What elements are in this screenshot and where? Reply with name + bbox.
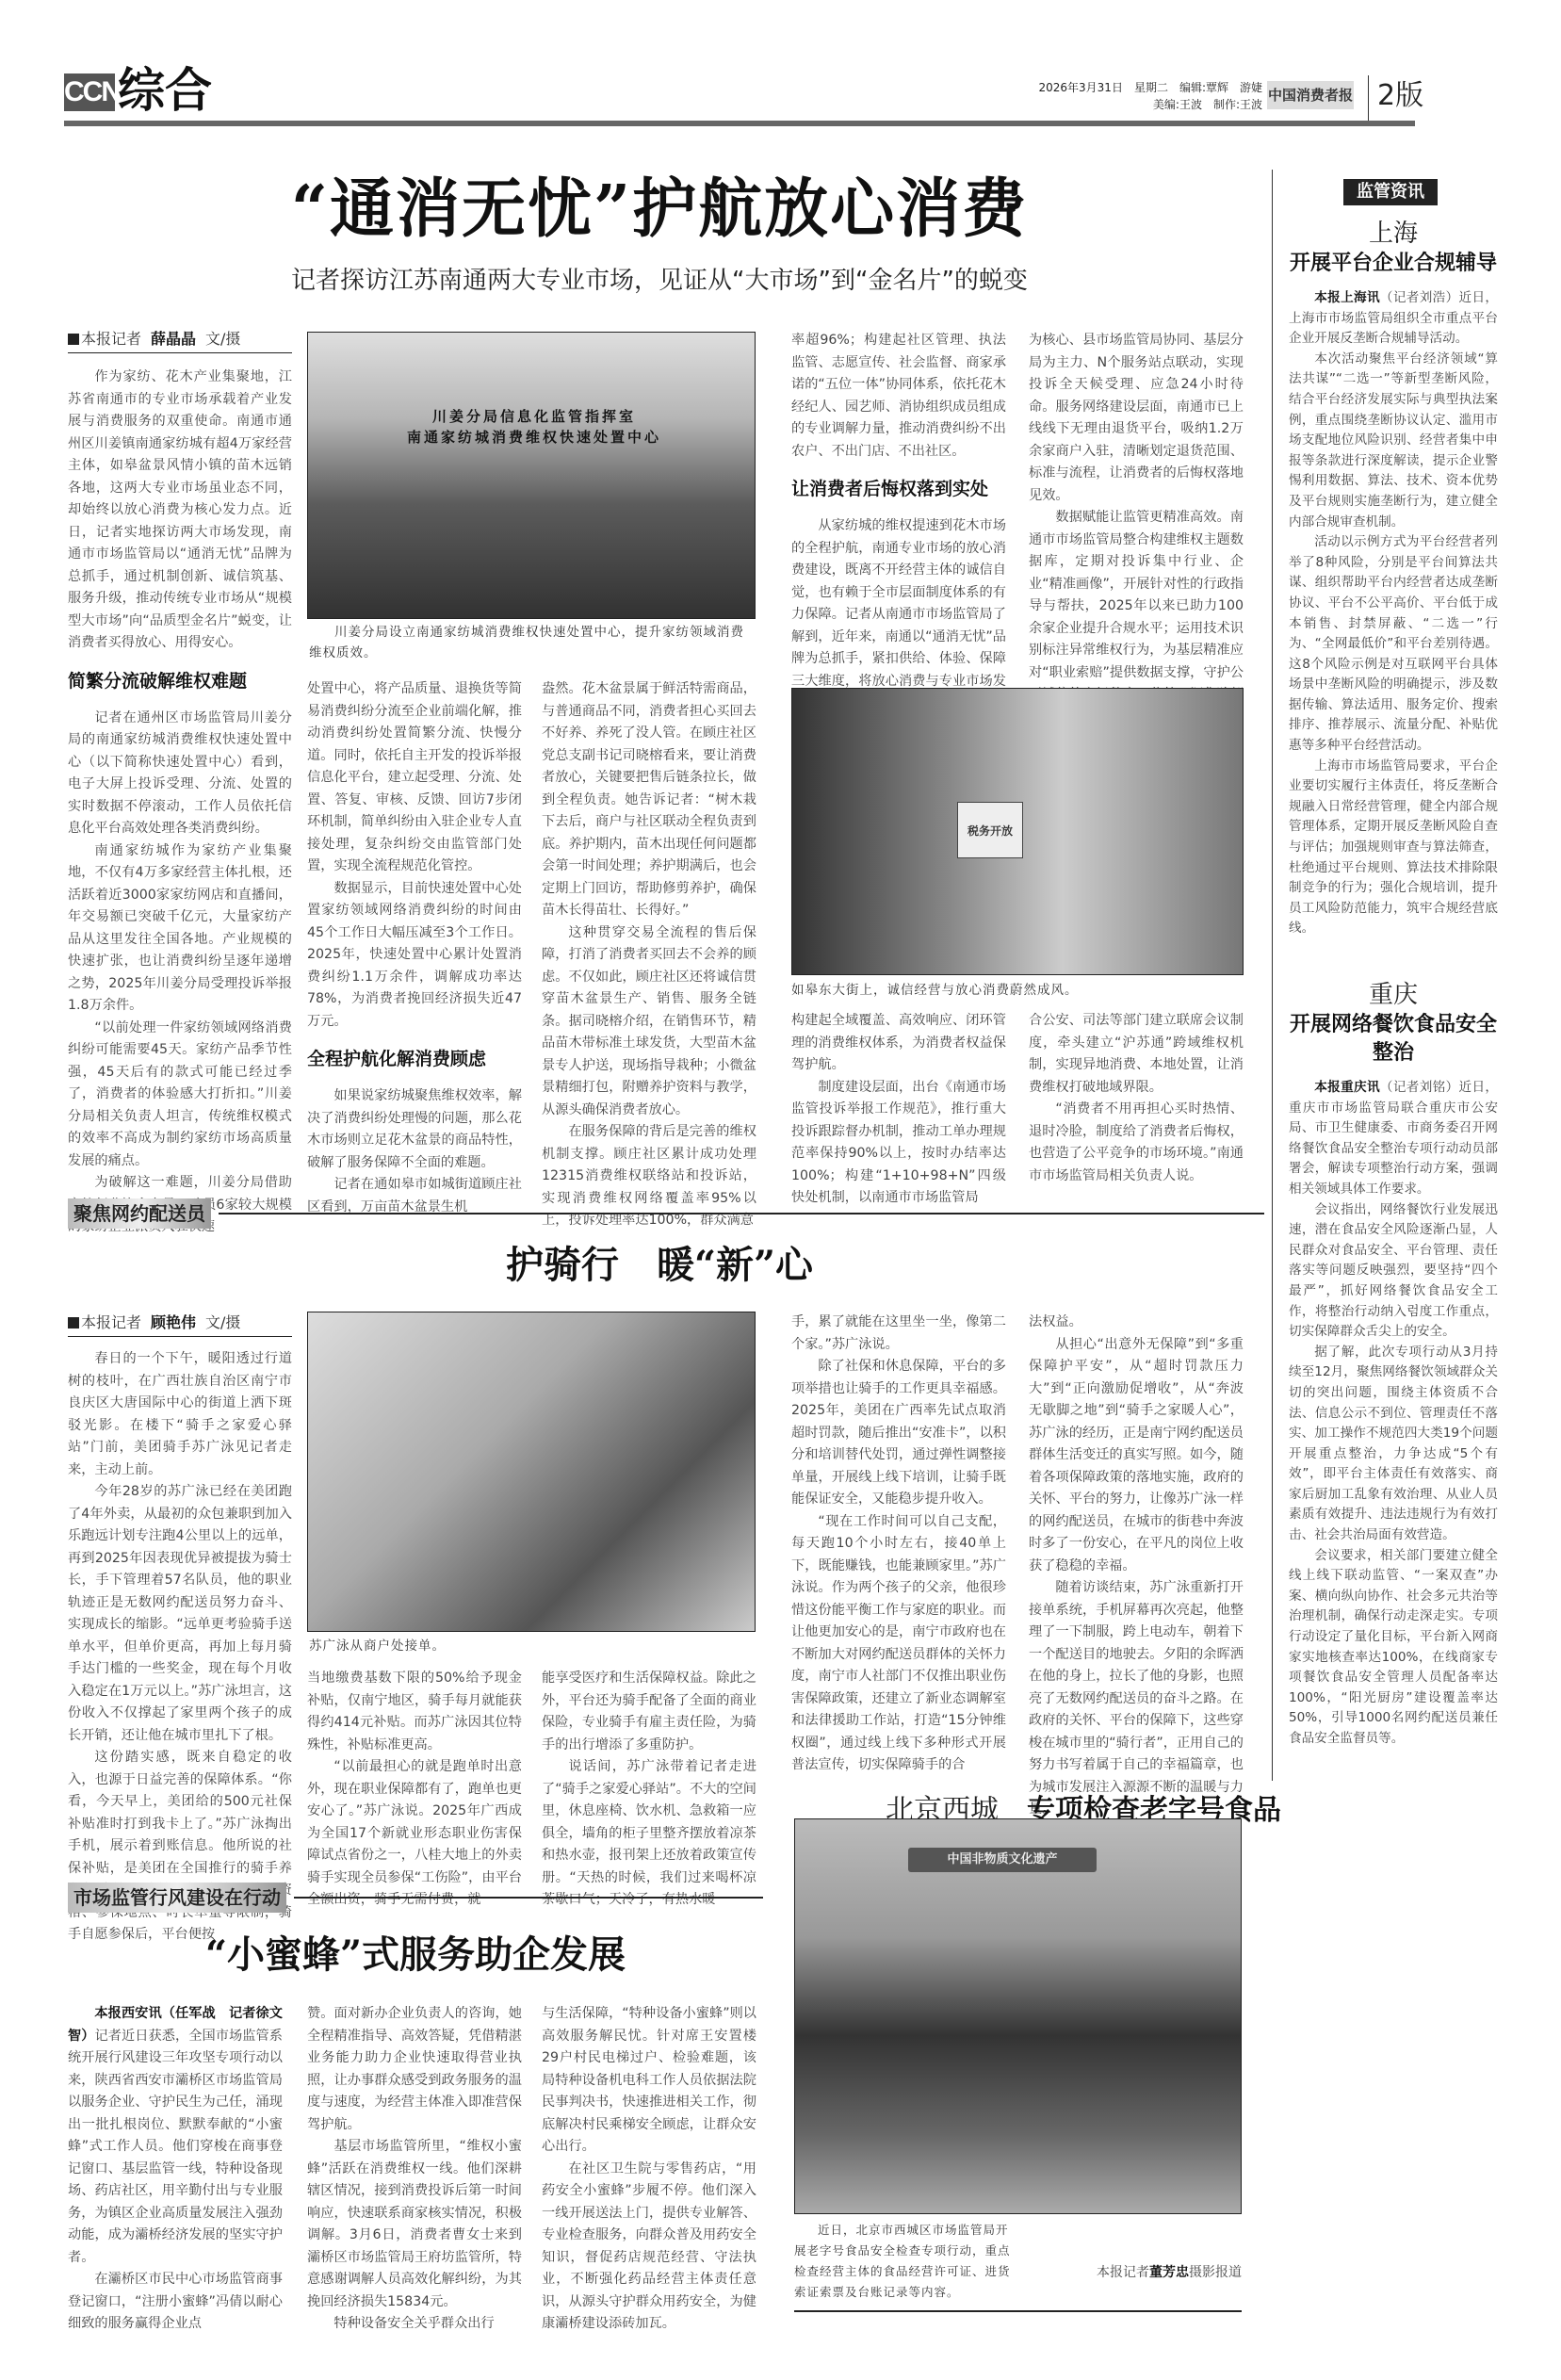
paragraph: 构建起全域覆盖、高效响应、闭环管理的消费维权体系，为消费者权益保驾护航。 (791, 1010, 1006, 1077)
photo-sign-line: 川姜分局信息化监管指挥室 (374, 406, 694, 427)
paragraph: 能享受医疗和生活保障权益。除此之外，平台还为骑手配备了全面的商业保险，专业骑手有… (542, 1668, 756, 1756)
section-tag: 聚焦网约配送员 (68, 1198, 211, 1229)
rail-divider (1272, 170, 1273, 1781)
paragraph: 会议指出，网络餐饮行业发展迅速，潜在食品安全风险逐渐凸显，人民群众对食品安全、平… (1289, 1200, 1498, 1343)
paragraph: 与生活保障，“特种设备小蜜蜂”则以高效服务解民忧。针对席王安置楼29户村民电梯过… (542, 2003, 756, 2159)
paragraph: 当地缴费基数下限的50%给予现金补贴，仅南宁地区，骑手每月就能获得约414元补贴… (307, 1668, 522, 1756)
story2-photo-rider (307, 1312, 756, 1632)
story1-column-4-bottom: 构建起全域覆盖、高效响应、闭环管理的消费维权体系，为消费者权益保驾护航。 制度建… (791, 1010, 1006, 1210)
paragraph: “消费者不用再担心买时热情、退时冷脸，制度给了消费者后悔权，也营造了公平竞争的市… (1029, 1099, 1244, 1187)
paragraph: 处置中心，将产品质量、退换货等简易消费纠纷分流至企业前端化解，推动消费纠纷处置简… (307, 678, 522, 878)
story1-column-2: 处置中心，将产品质量、退换货等简易消费纠纷分流至企业前端化解，推动消费纠纷处置简… (307, 678, 522, 1218)
paragraph: 春日的一个下午，暖阳透过行道树的枝叶，在广西壮族自治区南宁市良庆区大唐国际中心的… (68, 1348, 292, 1481)
paragraph: 记者在通州区市场监管局川姜分局的南通家纺城消费维权快速处置中心（以下简称快速处置… (68, 708, 292, 840)
rail-headline: 开展网络餐饮食品安全整治 (1289, 1010, 1498, 1067)
page-number: 2版 (1377, 77, 1423, 115)
story1-photo1-caption: 川姜分局设立南通家纺城消费维权快速处置中心，提升家纺领域消费维权质效。 (309, 622, 756, 663)
rail-item-chongqing: 重庆 开展网络餐饮食品安全整治 本报重庆讯（记者刘铭）近日，重庆市市场监管局联合… (1289, 980, 1498, 1750)
masthead-divider (1368, 75, 1369, 121)
section-rule (219, 1213, 1264, 1214)
paragraph: 本报西安讯（任军战 记者徐文智）记者近日获悉，全国市场监管系统开展行风建设三年攻… (68, 2003, 283, 2269)
story3-column-3: 与生活保障，“特种设备小蜜蜂”则以高效服务解民忧。针对席王安置楼29户村民电梯过… (542, 2003, 756, 2336)
paragraph: 法权益。 (1029, 1312, 1244, 1334)
paragraph: 制度建设层面，出台《南通市场监管投诉举报工作规范》，推行重大投诉跟踪督办机制，推… (791, 1077, 1006, 1210)
story1-photo-command-center: 川姜分局信息化监管指挥室 南通家纺城消费维权快速处置中心 (307, 332, 756, 619)
paragraph: 数据显示，目前快速处置中心处置家纺领域网络消费纠纷的时间由45个工作日大幅压减至… (307, 878, 522, 1034)
subhead: 简繁分流破解维权难题 (68, 668, 292, 694)
section-logo: CCN (64, 73, 115, 111)
paragraph: 从担心“出意外无保障”到“多重保障护平安”，从“超时罚款压力大”到“正向激励促增… (1029, 1334, 1244, 1578)
paragraph: 为核心、县市场监管局协同、基层分局为主力、N个服务站点联动，实现投诉全天候受理、… (1029, 330, 1244, 507)
story2-column-4: 手，累了就能在这里坐一坐，像第二个家。”苏广泳说。 除了社保和休息保障，平台的多… (791, 1312, 1006, 1777)
paragraph: 合公安、司法等部门建立联席会议制度，牵头建立“沪苏通”跨域维权机制，实现异地消费… (1029, 1010, 1244, 1099)
section-tag: 市场监管行风建设在行动 (68, 1883, 286, 1913)
story2-column-3: 能享受医疗和生活保障权益。除此之外，平台还为骑手配备了全面的商业保险，专业骑手有… (542, 1668, 756, 1912)
story1-byline: 本报记者薛晶晶文/摄 (68, 328, 292, 353)
story4-credit: 本报记者董芳忠摄影报道 (1027, 2263, 1242, 2282)
story2-headline: 护骑行 暖“新”心 (283, 1242, 1036, 1289)
story2-section-banner: 聚焦网约配送员 (68, 1198, 1264, 1229)
paragraph: 赞。面对新办企业负责人的咨询，她全程精准指导、高效答疑，凭借精湛业务能力助力企业… (307, 2003, 522, 2136)
paragraph: 率超96%；构建起社区管理、执法监管、志愿宣传、社会监督、商家承诺的“五位一体”… (791, 330, 1006, 463)
paragraph: 会议要求，相关部门要建立健全线上线下联动监管、“一案双查”办案、横向纵向协作、社… (1289, 1546, 1498, 1750)
story1-subheadline: 记者探访江苏南通两大专业市场，见证从“大市场”到“金名片”的蜕变 (226, 264, 1093, 298)
paragraph: 随着访谈结束，苏广泳重新打开接单系统，手机屏幕再次亮起，他整理了一下制服，跨上电… (1029, 1577, 1244, 1821)
rail-headline: 开展平台企业合规辅导 (1289, 249, 1498, 277)
paragraph: 上海市市场监管局要求，平台企业要切实履行主体责任，将反垄断合规融入日常经营管理，… (1289, 757, 1498, 939)
paragraph: 据了解，此次专项行动从3月持续至12月，聚焦网络餐饮领域群众关切的突出问题，围绕… (1289, 1343, 1498, 1546)
story2-byline: 本报记者顾艳伟文/摄 (68, 1312, 292, 1337)
rail-city: 上海 (1289, 219, 1498, 249)
byline-square-icon (68, 334, 79, 345)
story1-photo2-caption: 如皋东大街上，诚信经营与放心消费蔚然成风。 (791, 980, 1244, 1001)
story3-column-2: 赞。面对新办企业负责人的咨询，她全程精准指导、高效答疑，凭借精湛业务能力助力企业… (307, 2003, 522, 2336)
story4-caption: 近日，北京市西城区市场监管局开展老字号食品安全检查专项行动，重点检查经营主体的食… (794, 2220, 1011, 2303)
paragraph: 基层市场监管所里，“维权小蜜蜂”活跃在消费维权一线。他们深耕辖区情况，接到消费投… (307, 2136, 522, 2313)
story1-headline: “通消无忧”护航放心消费 (254, 170, 1065, 249)
story4-photo-inspection: 中国非物质文化遗产 (794, 1818, 1242, 2214)
paragraph: 今年28岁的苏广泳已经在美团跑了4年外卖，从最初的众包兼职到加入乐跑远计划专注跑… (68, 1481, 292, 1747)
paragraph: 本次活动聚焦平台经济领域“算法共谋”“二选一”等新型垄断风险，结合平台经济发展实… (1289, 350, 1498, 532)
story1-photo-street: 税务开放 (791, 688, 1244, 975)
paragraph: 在灞桥区市民中心市场监管商事登记窗口，“注册小蜜蜂”冯倩以耐心细致的服务赢得企业… (68, 2269, 283, 2336)
story4-bottom-rule (794, 2310, 1242, 2312)
paragraph: 南通家纺城作为家纺产业集聚地，不仅有4万多家经营主体扎根，还活跃着近3000家家… (68, 840, 292, 1018)
byline-square-icon (68, 1317, 79, 1329)
paragraph: “以前处理一件家纺领域网络消费纠纷可能需要45天。家纺产品季节性强，45天后有的… (68, 1018, 292, 1173)
staff-line: 美编:王波 制作:王波 (970, 96, 1262, 113)
paragraph: 特种设备安全关乎群众出行 (307, 2313, 522, 2336)
story3-headline: “小蜜蜂”式服务助企发展 (68, 1932, 763, 1979)
photo-shop-sign: 税务开放 (957, 802, 1023, 858)
paragraph: 手，累了就能在这里坐一坐，像第二个家。”苏广泳说。 (791, 1312, 1006, 1356)
story1-column-1: 本报记者薛晶晶文/摄 作为家纺、花木产业集聚地，江苏省南通市的专业市场承载着产业… (68, 328, 292, 1239)
rail-city: 重庆 (1289, 980, 1498, 1010)
paragraph: “现在工作时间可以自己支配，每天跑10个小时左右，接40单上下，既能赚钱，也能兼… (791, 1511, 1006, 1777)
paragraph: 本报上海讯（记者刘浩）近日，上海市市场监管局组织全市重点平台企业开展反垄断合规辅… (1289, 288, 1498, 350)
story2-column-5: 法权益。 从担心“出意外无保障”到“多重保障护平安”，从“超时罚款压力大”到“正… (1029, 1312, 1244, 1821)
story1-column-4-top: 率超96%；构建起社区管理、执法监管、志愿宣传、社会监督、商家承诺的“五位一体”… (791, 330, 1006, 715)
section-title: 综合 (118, 64, 212, 117)
paragraph: 作为家纺、花木产业集聚地，江苏省南通市的专业市场承载着产业发展与消费服务的双重使… (68, 367, 292, 655)
paragraph: 除了社保和休息保障，平台的多项举措也让骑手的工作更具幸福感。2025年，美团在广… (791, 1356, 1006, 1511)
rail-section-tag: 监管资讯 (1343, 179, 1438, 205)
date-line: 2026年3月31日 星期二 编辑:覃辉 游婕 (970, 79, 1262, 96)
story3-column-1: 本报西安讯（任军战 记者徐文智）记者近日获悉，全国市场监管系统开展行风建设三年攻… (68, 2003, 283, 2336)
paragraph: 活动以示例方式为平台经营者列举了8种风险，分别是平台间算法共谋、组织帮助平台内经… (1289, 532, 1498, 757)
paragraph: 从家纺城的维权提速到花木市场的全程护航，南通专业市场的放心消费建设，既离不开经营… (791, 515, 1006, 715)
paragraph: 盎然。花木盆景属于鲜活特需商品，与普通商品不同，消费者担心买回去不好养、养死了没… (542, 678, 756, 922)
story2-photo-caption: 苏广泳从商户处接单。 (309, 1636, 756, 1656)
subhead: 让消费者后悔权落到实处 (791, 476, 1006, 502)
photo-sign-line: 南通家纺城消费维权快速处置中心 (374, 427, 694, 448)
story1-column-5-bottom: 合公安、司法等部门建立联席会议制度，牵头建立“沪苏通”跨域维权机制，实现异地消费… (1029, 1010, 1244, 1187)
paragraph: 在社区卫生院与零售药店，“用药安全小蜜蜂”步履不停。他们深入一线开展送法上门，提… (542, 2159, 756, 2336)
story1-column-3: 盎然。花木盆景属于鲜活特需商品，与普通商品不同，消费者担心买回去不好养、养死了没… (542, 678, 756, 1232)
paragraph: 本报重庆讯（记者刘铭）近日，重庆市市场监管局联合重庆市公安局、市卫生健康委、市商… (1289, 1078, 1498, 1200)
newspaper-brand: 中国消费者报 (1267, 81, 1354, 109)
rail-item-shanghai: 上海 开展平台企业合规辅导 本报上海讯（记者刘浩）近日，上海市市场监管局组织全市… (1289, 219, 1498, 939)
masthead-rule (64, 121, 1415, 126)
photo-sign: 中国非物质文化遗产 (908, 1848, 1097, 1872)
issue-info: 2026年3月31日 星期二 编辑:覃辉 游婕 美编:王波 制作:王波 (970, 79, 1262, 113)
story3-section-banner: 市场监管行风建设在行动 (68, 1883, 763, 1913)
story2-column-2: 当地缴费基数下限的50%给予现金补贴，仅南宁地区，骑手每月就能获得约414元补贴… (307, 1668, 522, 1912)
paragraph: 这份踏实感，既来自稳定的收入，也源于日益完善的保障体系。“你看，今天早上，美团给… (68, 1747, 292, 1947)
paragraph: 这种贯穿交易全流程的售后保障，打消了消费者买回去不会养的顾虑。不仅如此，顾庄社区… (542, 922, 756, 1122)
story1-column-5-top: 为核心、县市场监管局协同、基层分局为主力、N个服务站点联动，实现投诉全天候受理、… (1029, 330, 1244, 728)
story2-column-1: 本报记者顾艳伟文/摄 春日的一个下午，暖阳透过行道树的枝叶，在广西壮族自治区南宁… (68, 1312, 292, 1947)
paragraph: 如果说家纺城聚焦维权效率，解决了消费纠纷处理慢的问题，那么花木市场则立足花木盆景… (307, 1085, 522, 1174)
section-rule (294, 1897, 763, 1899)
subhead: 全程护航化解消费顾虑 (307, 1046, 522, 1072)
